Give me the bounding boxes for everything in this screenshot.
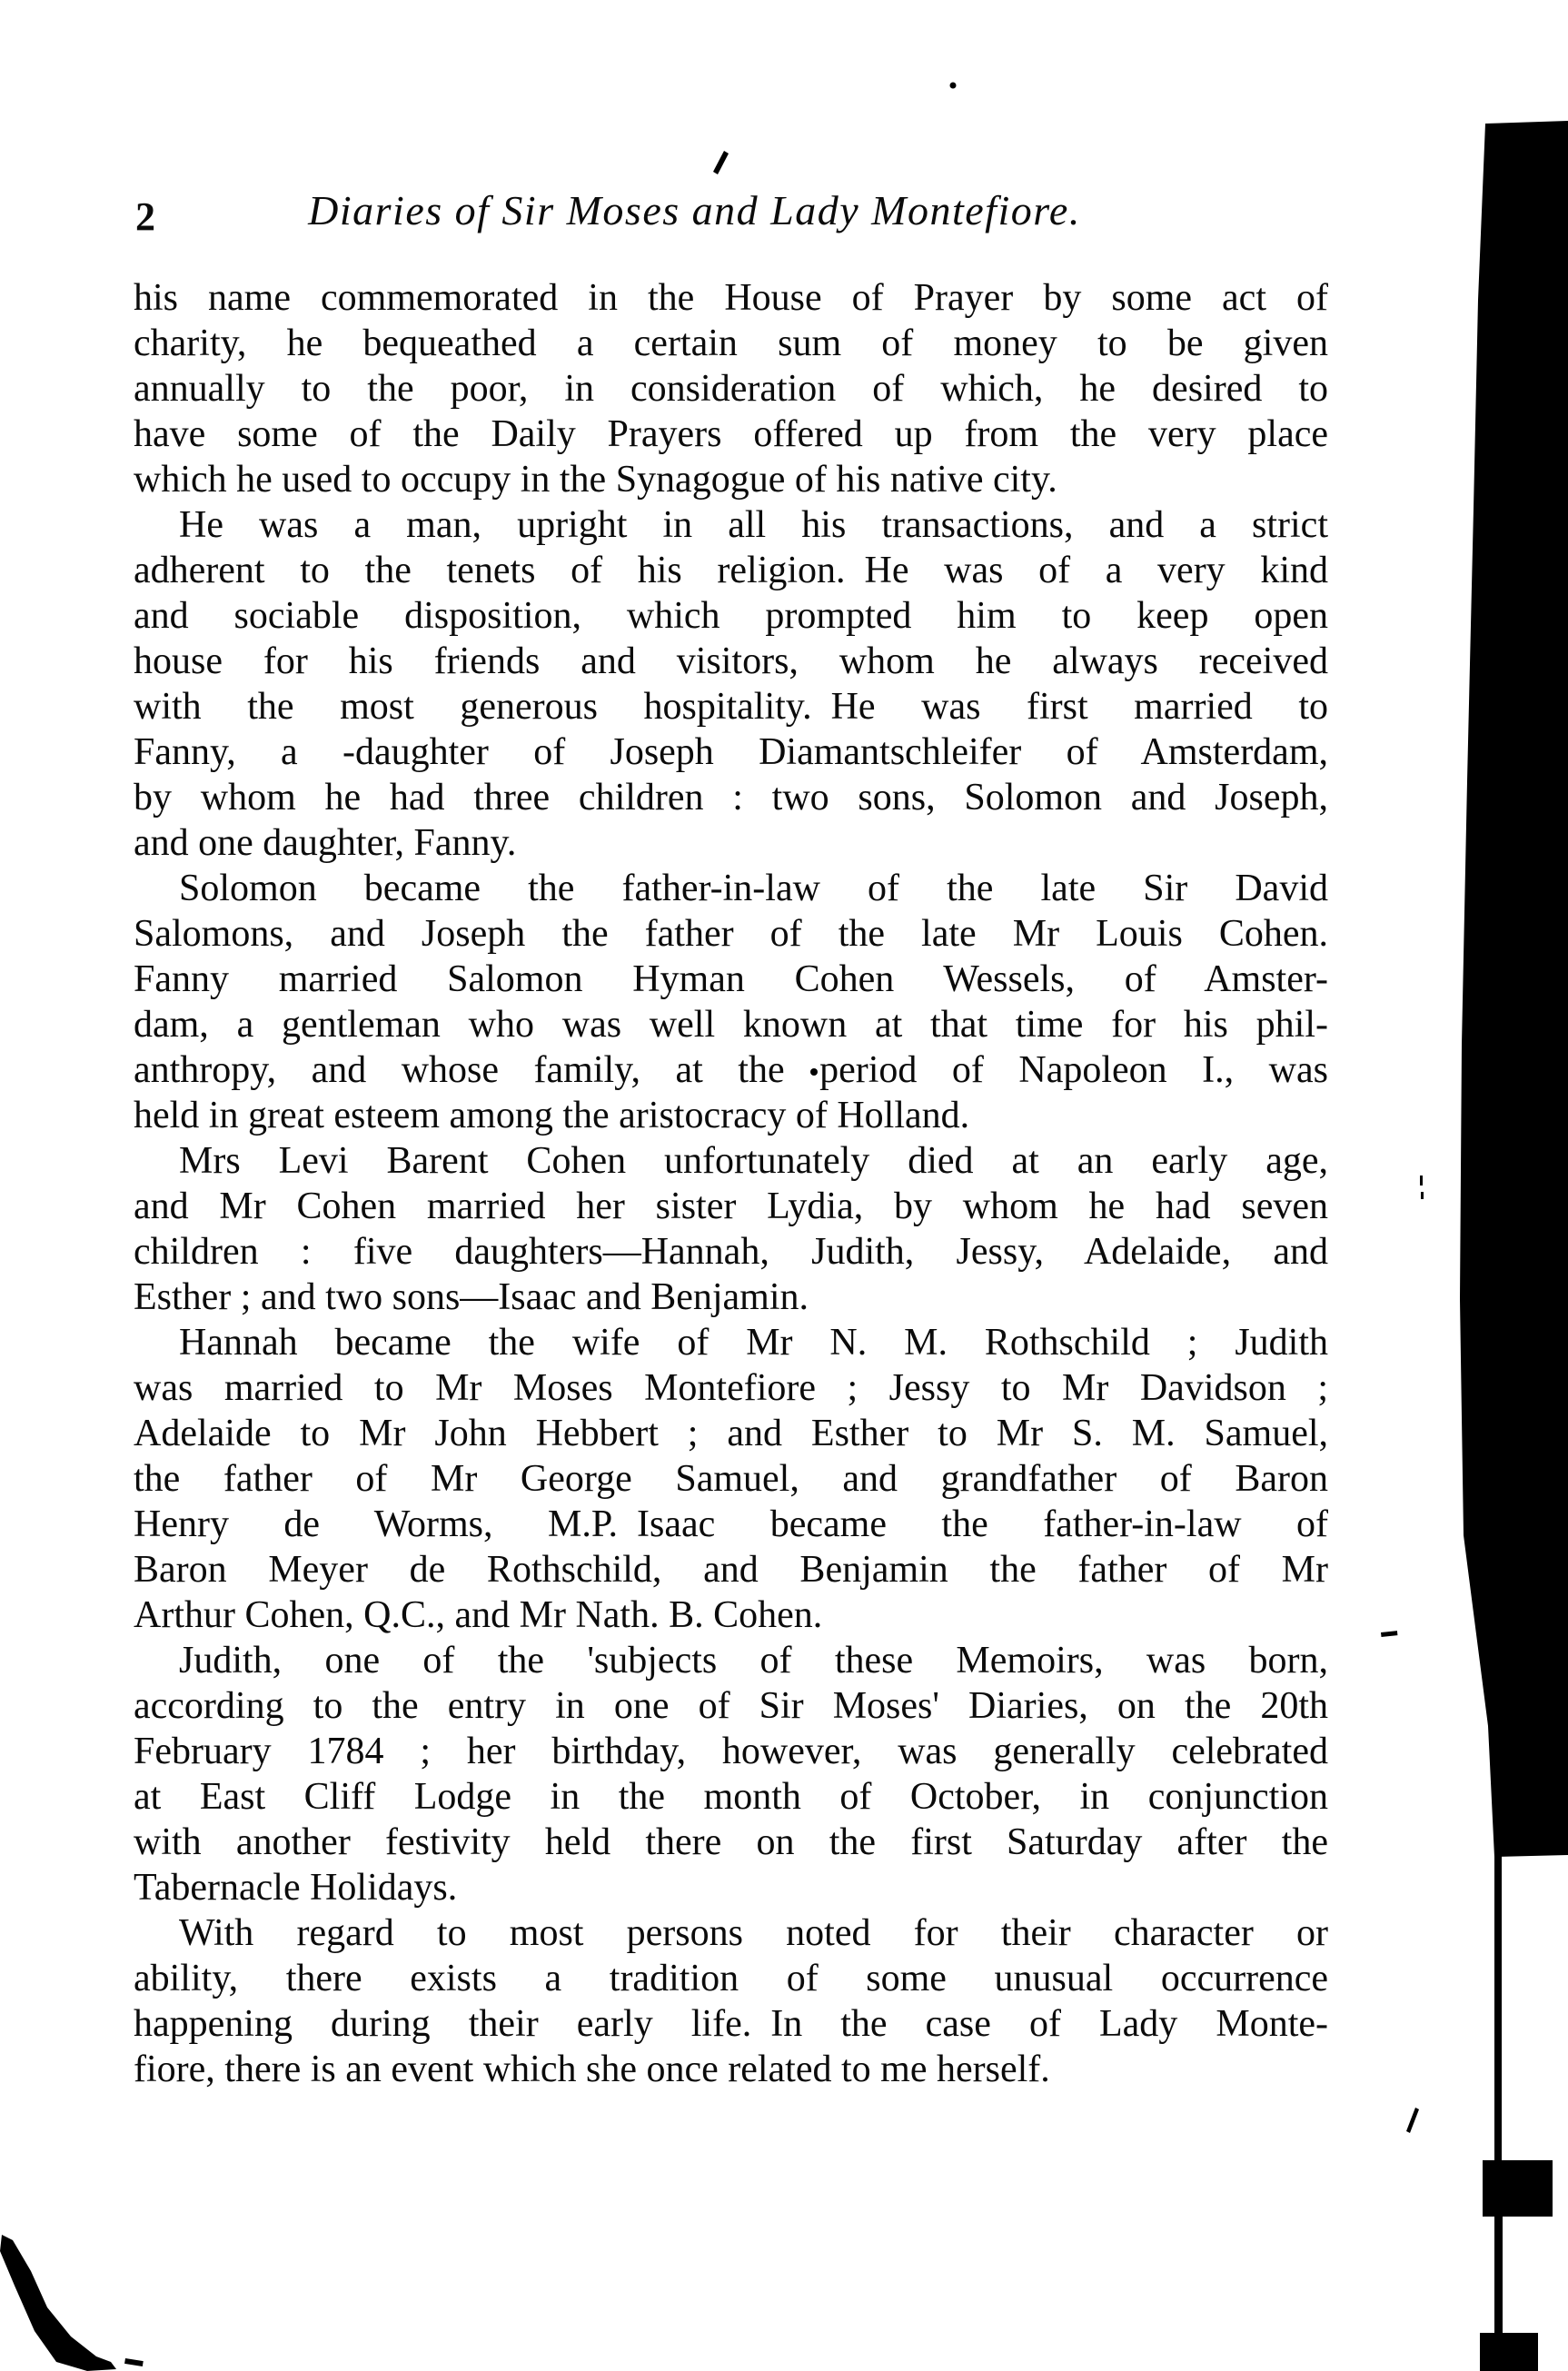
text-line: fiore, there is an event which she once … bbox=[134, 2047, 1328, 2092]
text-line: Salomons, and Joseph the father of the l… bbox=[134, 911, 1328, 957]
text-line: February 1784 ; her birthday, however, w… bbox=[134, 1729, 1328, 1774]
scan-speck-dash bbox=[1381, 1631, 1397, 1637]
paragraph: Solomon became the father-in-law of the … bbox=[134, 866, 1328, 1138]
text-line: Solomon became the father-in-law of the … bbox=[134, 866, 1328, 911]
text-line: With regard to most persons noted for th… bbox=[134, 1910, 1328, 1956]
page-number: 2 bbox=[135, 193, 156, 240]
text-line: Fanny, a -daughter of Joseph Diamantschl… bbox=[134, 729, 1328, 775]
text-line: at East Cliff Lodge in the month of Octo… bbox=[134, 1774, 1328, 1820]
text-line: ability, there exists a tradition of som… bbox=[134, 1956, 1328, 2001]
text-line: Mrs Levi Barent Cohen unfortunately died… bbox=[134, 1138, 1328, 1184]
text-line: Henry de Worms, M.P. Isaac became the fa… bbox=[134, 1502, 1328, 1547]
scan-corner-ink-mark bbox=[0, 2235, 116, 2371]
text-line: was married to Mr Moses Montefiore ; Jes… bbox=[134, 1365, 1328, 1411]
text-line: charity, he bequeathed a certain sum of … bbox=[134, 321, 1328, 366]
page-header: 2 Diaries of Sir Moses and Lady Montefio… bbox=[134, 186, 1328, 244]
scan-speck-slash bbox=[713, 151, 729, 174]
text-line: his name commemorated in the House of Pr… bbox=[134, 275, 1328, 321]
text-line: happening during their early life. In th… bbox=[134, 2001, 1328, 2047]
text-line: with another festivity held there on the… bbox=[134, 1820, 1328, 1865]
text-line: and sociable disposition, which prompted… bbox=[134, 593, 1328, 639]
running-header-title: Diaries of Sir Moses and Lady Montefiore… bbox=[308, 186, 1081, 234]
paragraph: He was a man, upright in all his transac… bbox=[134, 502, 1328, 866]
text-line: Judith, one of the 'subjects of these Me… bbox=[134, 1638, 1328, 1683]
scan-speck-dot bbox=[950, 83, 957, 89]
text-line: anthropy, and whose family, at the perio… bbox=[134, 1047, 1328, 1093]
scan-gutter-bar bbox=[1460, 121, 1568, 1857]
text-line: and Mr Cohen married her sister Lydia, b… bbox=[134, 1184, 1328, 1229]
text-line: according to the entry in one of Sir Mos… bbox=[134, 1683, 1328, 1729]
scan-speck-tick bbox=[1421, 1192, 1424, 1199]
text-line: and one daughter, Fanny. bbox=[134, 820, 1328, 866]
text-line: Adelaide to Mr John Hebbert ; and Esther… bbox=[134, 1411, 1328, 1456]
scan-page-edge-block bbox=[1483, 2160, 1553, 2217]
paragraph: With regard to most persons noted for th… bbox=[134, 1910, 1328, 2092]
paragraph: his name commemorated in the House of Pr… bbox=[134, 275, 1328, 502]
text-line: He was a man, upright in all his transac… bbox=[134, 502, 1328, 548]
text-line: Arthur Cohen, Q.C., and Mr Nath. B. Cohe… bbox=[134, 1592, 1328, 1638]
text-line: annually to the poor, in consideration o… bbox=[134, 366, 1328, 412]
text-line: house for his friends and visitors, whom… bbox=[134, 639, 1328, 684]
paragraph: Hannah became the wife of Mr N. M. Roths… bbox=[134, 1320, 1328, 1638]
paragraph: Judith, one of the 'subjects of these Me… bbox=[134, 1638, 1328, 1910]
text-line: with the most generous hospitality. He w… bbox=[134, 684, 1328, 729]
text-line: children : five daughters—Hannah, Judith… bbox=[134, 1229, 1328, 1275]
text-line: adherent to the tenets of his religion. … bbox=[134, 548, 1328, 593]
text-line: Baron Meyer de Rothschild, and Benjamin … bbox=[134, 1547, 1328, 1592]
scan-page-edge-block bbox=[1480, 2333, 1538, 2371]
text-line: Hannah became the wife of Mr N. M. Roths… bbox=[134, 1320, 1328, 1365]
text-line: the father of Mr George Samuel, and gran… bbox=[134, 1456, 1328, 1502]
scan-page-edge-line bbox=[1494, 2215, 1503, 2335]
text-line: Esther ; and two sons—Isaac and Benjamin… bbox=[134, 1275, 1328, 1320]
page-body-text: his name commemorated in the House of Pr… bbox=[134, 275, 1328, 2092]
text-line: dam, a gentleman who was well known at t… bbox=[134, 1002, 1328, 1047]
text-line: Fanny married Salomon Hyman Cohen Wessel… bbox=[134, 957, 1328, 1002]
text-line: held in great esteem among the aristocra… bbox=[134, 1093, 1328, 1138]
text-line: have some of the Daily Prayers offered u… bbox=[134, 412, 1328, 457]
scan-corner-ink-tail bbox=[124, 2358, 144, 2366]
text-line: which he used to occupy in the Synagogue… bbox=[134, 457, 1328, 502]
scan-speck-tick bbox=[1420, 1176, 1423, 1185]
scan-page-edge-line bbox=[1494, 1853, 1502, 2162]
text-line: by whom he had three children : two sons… bbox=[134, 775, 1328, 820]
paragraph: Mrs Levi Barent Cohen unfortunately died… bbox=[134, 1138, 1328, 1320]
text-line: Tabernacle Holidays. bbox=[134, 1865, 1328, 1910]
book-page: 2 Diaries of Sir Moses and Lady Montefio… bbox=[0, 0, 1568, 2371]
scan-speck-slash bbox=[1406, 2108, 1419, 2133]
